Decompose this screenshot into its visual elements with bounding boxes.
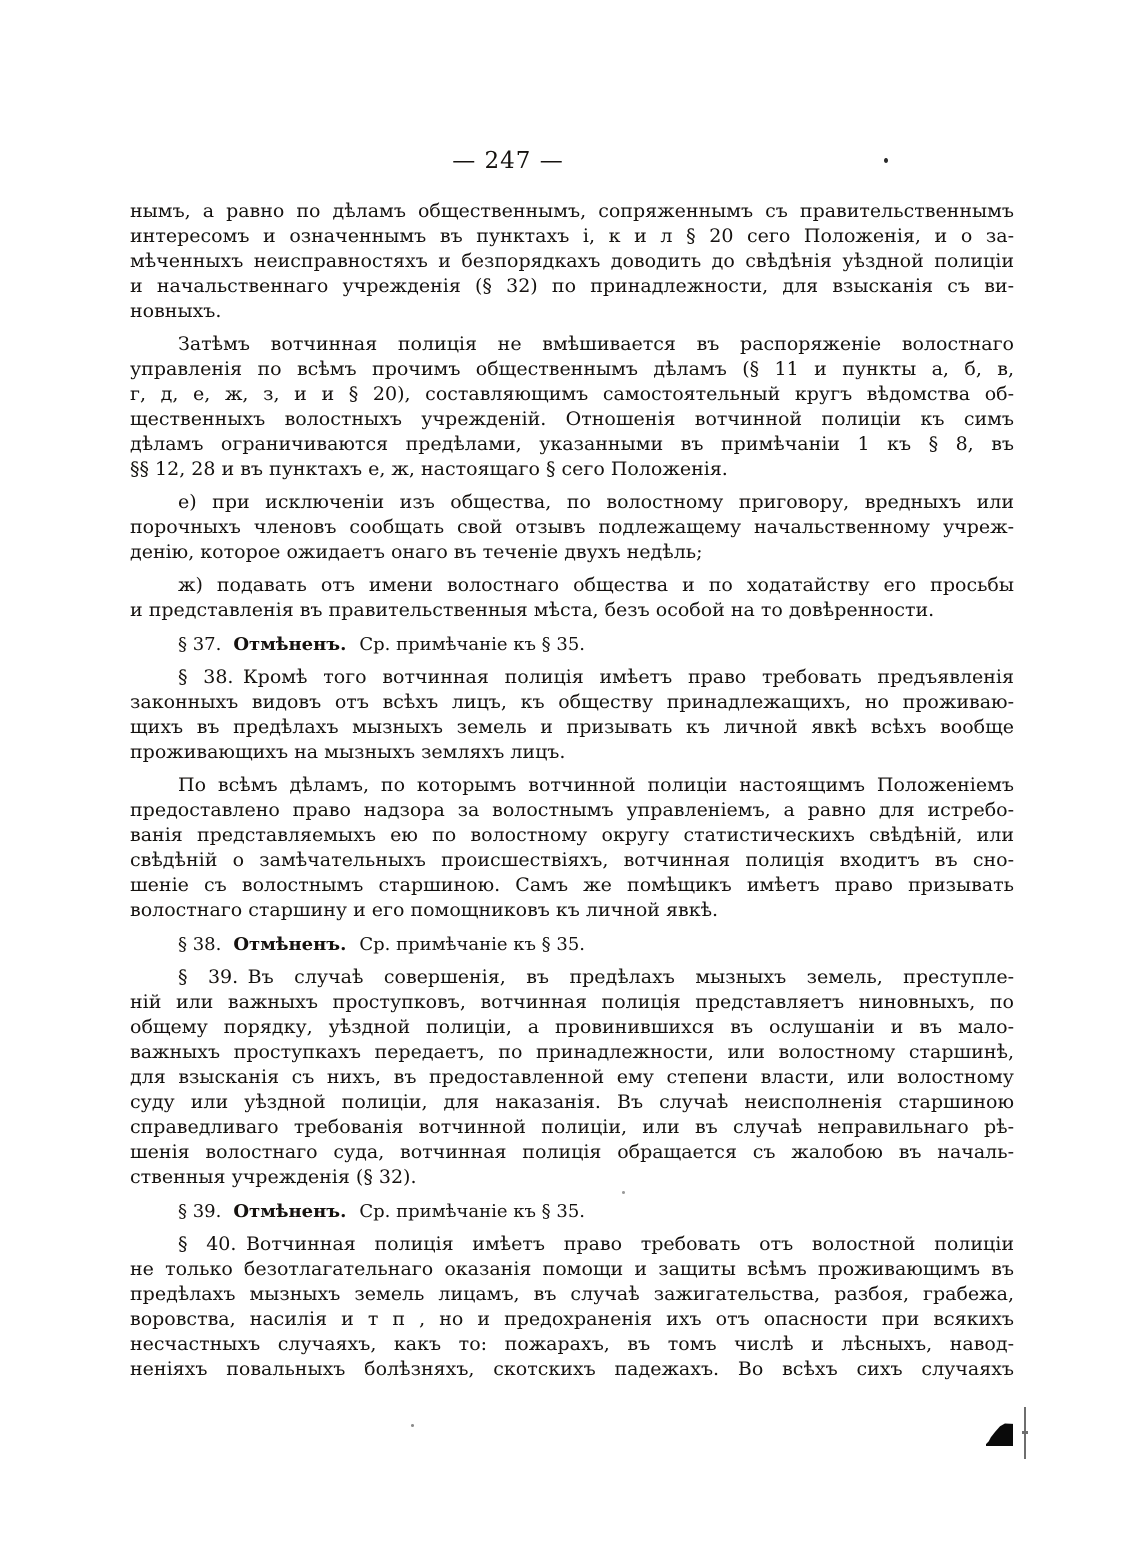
supervision-paragraph: По всѣмъ дѣламъ, по которымъ вотчинной п… [130, 773, 1014, 923]
scan-line-artifact [1024, 1407, 1026, 1459]
text-column: нымъ, а равно по дѣламъ общественнымъ, с… [130, 199, 1014, 1382]
note-section-ref: § 38. [178, 934, 221, 955]
text-line: шеніе съ волостнымъ старшиною. Самъ же п… [130, 873, 1014, 898]
text-line: предоставлено право надзора за волостным… [130, 798, 1014, 823]
text-line: воровства, насилія и т п , но и предохра… [130, 1307, 1014, 1332]
note-cross-reference: Ср. примѣчаніе къ § 35. [359, 934, 585, 955]
text-line: мѣченныхъ неисправностяхъ и безпорядкахъ… [130, 249, 1014, 274]
note-repealed-label: Отмѣненъ. [233, 1201, 346, 1222]
text-line: и представленія въ правительственныя мѣс… [130, 598, 1014, 623]
text-line: новныхъ. [130, 299, 1014, 324]
text-line: § 38. Кромѣ того вотчинная полиція имѣет… [130, 665, 1014, 690]
text-line: порочныхъ членовъ сообщать свой отзывъ п… [130, 515, 1014, 540]
text-line: проживающихъ на мызныхъ земляхъ лицъ. [130, 740, 1014, 765]
ink-blot-artifact [986, 1423, 1013, 1446]
clause-zh-paragraph: ж) подавать отъ имени волостнаго обществ… [130, 573, 1014, 623]
text-line: волостнаго старшину и его помощниковъ къ… [130, 898, 1014, 923]
note-repealed-label: Отмѣненъ. [233, 934, 346, 955]
section-39-paragraph: § 39. Въ случаѣ совершенія, въ предѣлахъ… [130, 965, 1014, 1190]
continuation-paragraph: нымъ, а равно по дѣламъ общественнымъ, с… [130, 199, 1014, 324]
section-38-note: § 38.Отмѣненъ.Ср. примѣчаніе къ § 35. [130, 932, 1014, 957]
text-line: свѣдѣній о замѣчательныхъ происшествіяхъ… [130, 848, 1014, 873]
text-line: нымъ, а равно по дѣламъ общественнымъ, с… [130, 199, 1014, 224]
text-line: По всѣмъ дѣламъ, по которымъ вотчинной п… [130, 773, 1014, 798]
text-line: законныхъ видовъ отъ всѣхъ лицъ, къ обще… [130, 690, 1014, 715]
text-line: щихъ въ предѣлахъ мызныхъ земель и призы… [130, 715, 1014, 740]
text-line: управленія по всѣмъ прочимъ общественным… [130, 357, 1014, 382]
text-line: для взысканія съ нихъ, въ предоставленно… [130, 1065, 1014, 1090]
section-38-paragraph: § 38. Кромѣ того вотчинная полиція имѣет… [130, 665, 1014, 765]
text-line: важныхъ проступкахъ передаетъ, по принад… [130, 1040, 1014, 1065]
text-line: несчастныхъ случаяхъ, какъ то: пожарахъ,… [130, 1332, 1014, 1357]
scan-speck-icon [411, 1424, 414, 1427]
text-line: шенія волостнаго суда, вотчинная полиція… [130, 1140, 1014, 1165]
text-line: и начальственнаго учрежденія (§ 32) по п… [130, 274, 1014, 299]
text-line: суду или уѣздной полиціи, для наказанія.… [130, 1090, 1014, 1115]
text-line: ж) подавать отъ имени волостнаго обществ… [130, 573, 1014, 598]
text-line: ній или важныхъ проступковъ, вотчинная п… [130, 990, 1014, 1015]
text-line: ственныя учрежденія (§ 32). [130, 1165, 1014, 1190]
scan-speck-icon [884, 158, 888, 163]
text-line: справедливаго требованія вотчинной полиц… [130, 1115, 1014, 1140]
scan-speck-icon [622, 1191, 625, 1194]
page-number: — 247 — [0, 148, 1016, 174]
text-line: интересомъ и означеннымъ въ пунктахъ і, … [130, 224, 1014, 249]
text-line: общему порядку, уѣздной полиціи, а прови… [130, 1015, 1014, 1040]
clause-e-paragraph: е) при исключеніи изъ общества, по волос… [130, 490, 1014, 565]
votchinnaya-politsia-paragraph: Затѣмъ вотчинная полиція не вмѣшивается … [130, 332, 1014, 482]
text-line: дѣламъ ограничиваются предѣлами, указанн… [130, 432, 1014, 457]
note-section-ref: § 37. [178, 634, 221, 655]
text-line: денію, которое ожидаетъ онаго въ теченіе… [130, 540, 1014, 565]
note-cross-reference: Ср. примѣчаніе къ § 35. [359, 634, 585, 655]
text-line: г, д, е, ж, з, и и § 20), составляющимъ … [130, 382, 1014, 407]
text-line: щественныхъ волостныхъ учрежденій. Отнош… [130, 407, 1014, 432]
scanned-book-page: { "page": { "number_display": "— 247 —",… [0, 0, 1140, 1562]
text-line: ванія представляемыхъ ею по волостному о… [130, 823, 1014, 848]
note-cross-reference: Ср. примѣчаніе къ § 35. [359, 1201, 585, 1222]
text-line: не только безотлагательнаго оказанія пом… [130, 1257, 1014, 1282]
text-line: предѣлахъ мызныхъ земель лицамъ, въ случ… [130, 1282, 1014, 1307]
scan-line-tick [1022, 1431, 1028, 1434]
text-line: е) при исключеніи изъ общества, по волос… [130, 490, 1014, 515]
text-line: §§ 12, 28 и въ пунктахъ е, ж, настоящаго… [130, 457, 1014, 482]
section-37-note: § 37.Отмѣненъ.Ср. примѣчаніе къ § 35. [130, 632, 1014, 657]
note-repealed-label: Отмѣненъ. [233, 634, 346, 655]
note-section-ref: § 39. [178, 1201, 221, 1222]
text-line: § 39. Въ случаѣ совершенія, въ предѣлахъ… [130, 965, 1014, 990]
text-line: неніяхъ повальныхъ болѣзняхъ, скотскихъ … [130, 1357, 1014, 1382]
section-39-note: § 39.Отмѣненъ.Ср. примѣчаніе къ § 35. [130, 1199, 1014, 1224]
text-line: Затѣмъ вотчинная полиція не вмѣшивается … [130, 332, 1014, 357]
section-40-paragraph: § 40. Вотчинная полиція имѣетъ право тре… [130, 1232, 1014, 1382]
text-line: § 40. Вотчинная полиція имѣетъ право тре… [130, 1232, 1014, 1257]
